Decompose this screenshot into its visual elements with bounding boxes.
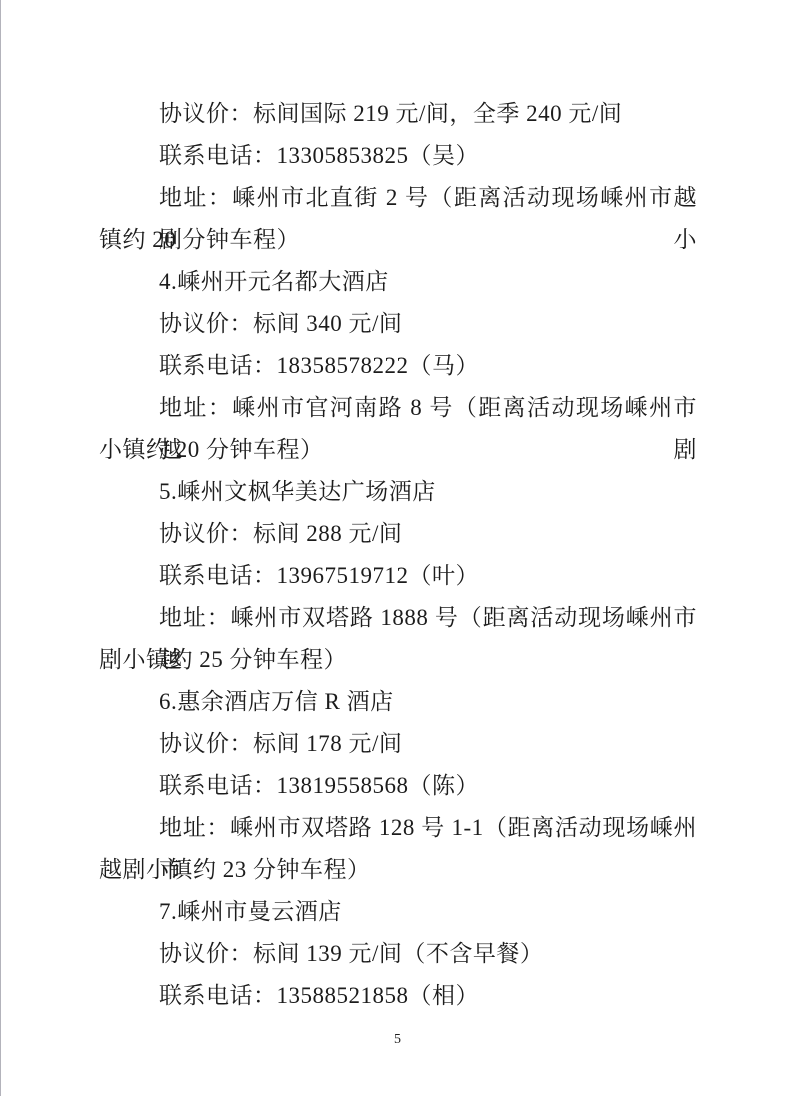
text-line: 5.嵊州文枫华美达广场酒店 — [99, 471, 697, 513]
document-body: 协议价：标间国际 219 元/间，全季 240 元/间联系电话：13305853… — [99, 93, 697, 1017]
text-line: 6.惠余酒店万信 R 酒店 — [99, 681, 697, 723]
text-line: 越剧小镇约 23 分钟车程） — [99, 849, 697, 891]
text-line: 协议价：标间 139 元/间（不含早餐） — [99, 933, 697, 975]
text-line: 联系电话：13588521858（相） — [99, 975, 697, 1017]
text-line: 协议价：标间 178 元/间 — [99, 723, 697, 765]
text-line: 协议价：标间国际 219 元/间，全季 240 元/间 — [99, 93, 697, 135]
text-line: 联系电话：13819558568（陈） — [99, 765, 697, 807]
text-line: 联系电话：13305853825（吴） — [99, 135, 697, 177]
text-line: 联系电话：18358578222（马） — [99, 345, 697, 387]
text-line: 4.嵊州开元名都大酒店 — [99, 261, 697, 303]
text-line: 地址：嵊州市官河南路 8 号（距离活动现场嵊州市越剧 — [99, 387, 697, 429]
text-line: 剧小镇约 25 分钟车程） — [99, 639, 697, 681]
text-line: 地址：嵊州市双塔路 1888 号（距离活动现场嵊州市越 — [99, 597, 697, 639]
text-line: 7.嵊州市曼云酒店 — [99, 891, 697, 933]
text-line: 地址：嵊州市双塔路 128 号 1-1（距离活动现场嵊州市 — [99, 807, 697, 849]
page-number: 5 — [1, 1030, 794, 1050]
document-page: 协议价：标间国际 219 元/间，全季 240 元/间联系电话：13305853… — [0, 0, 794, 1096]
text-line: 联系电话：13967519712（叶） — [99, 555, 697, 597]
text-line: 协议价：标间 340 元/间 — [99, 303, 697, 345]
text-line: 协议价：标间 288 元/间 — [99, 513, 697, 555]
text-line: 地址：嵊州市北直街 2 号（距离活动现场嵊州市越剧小 — [99, 177, 697, 219]
